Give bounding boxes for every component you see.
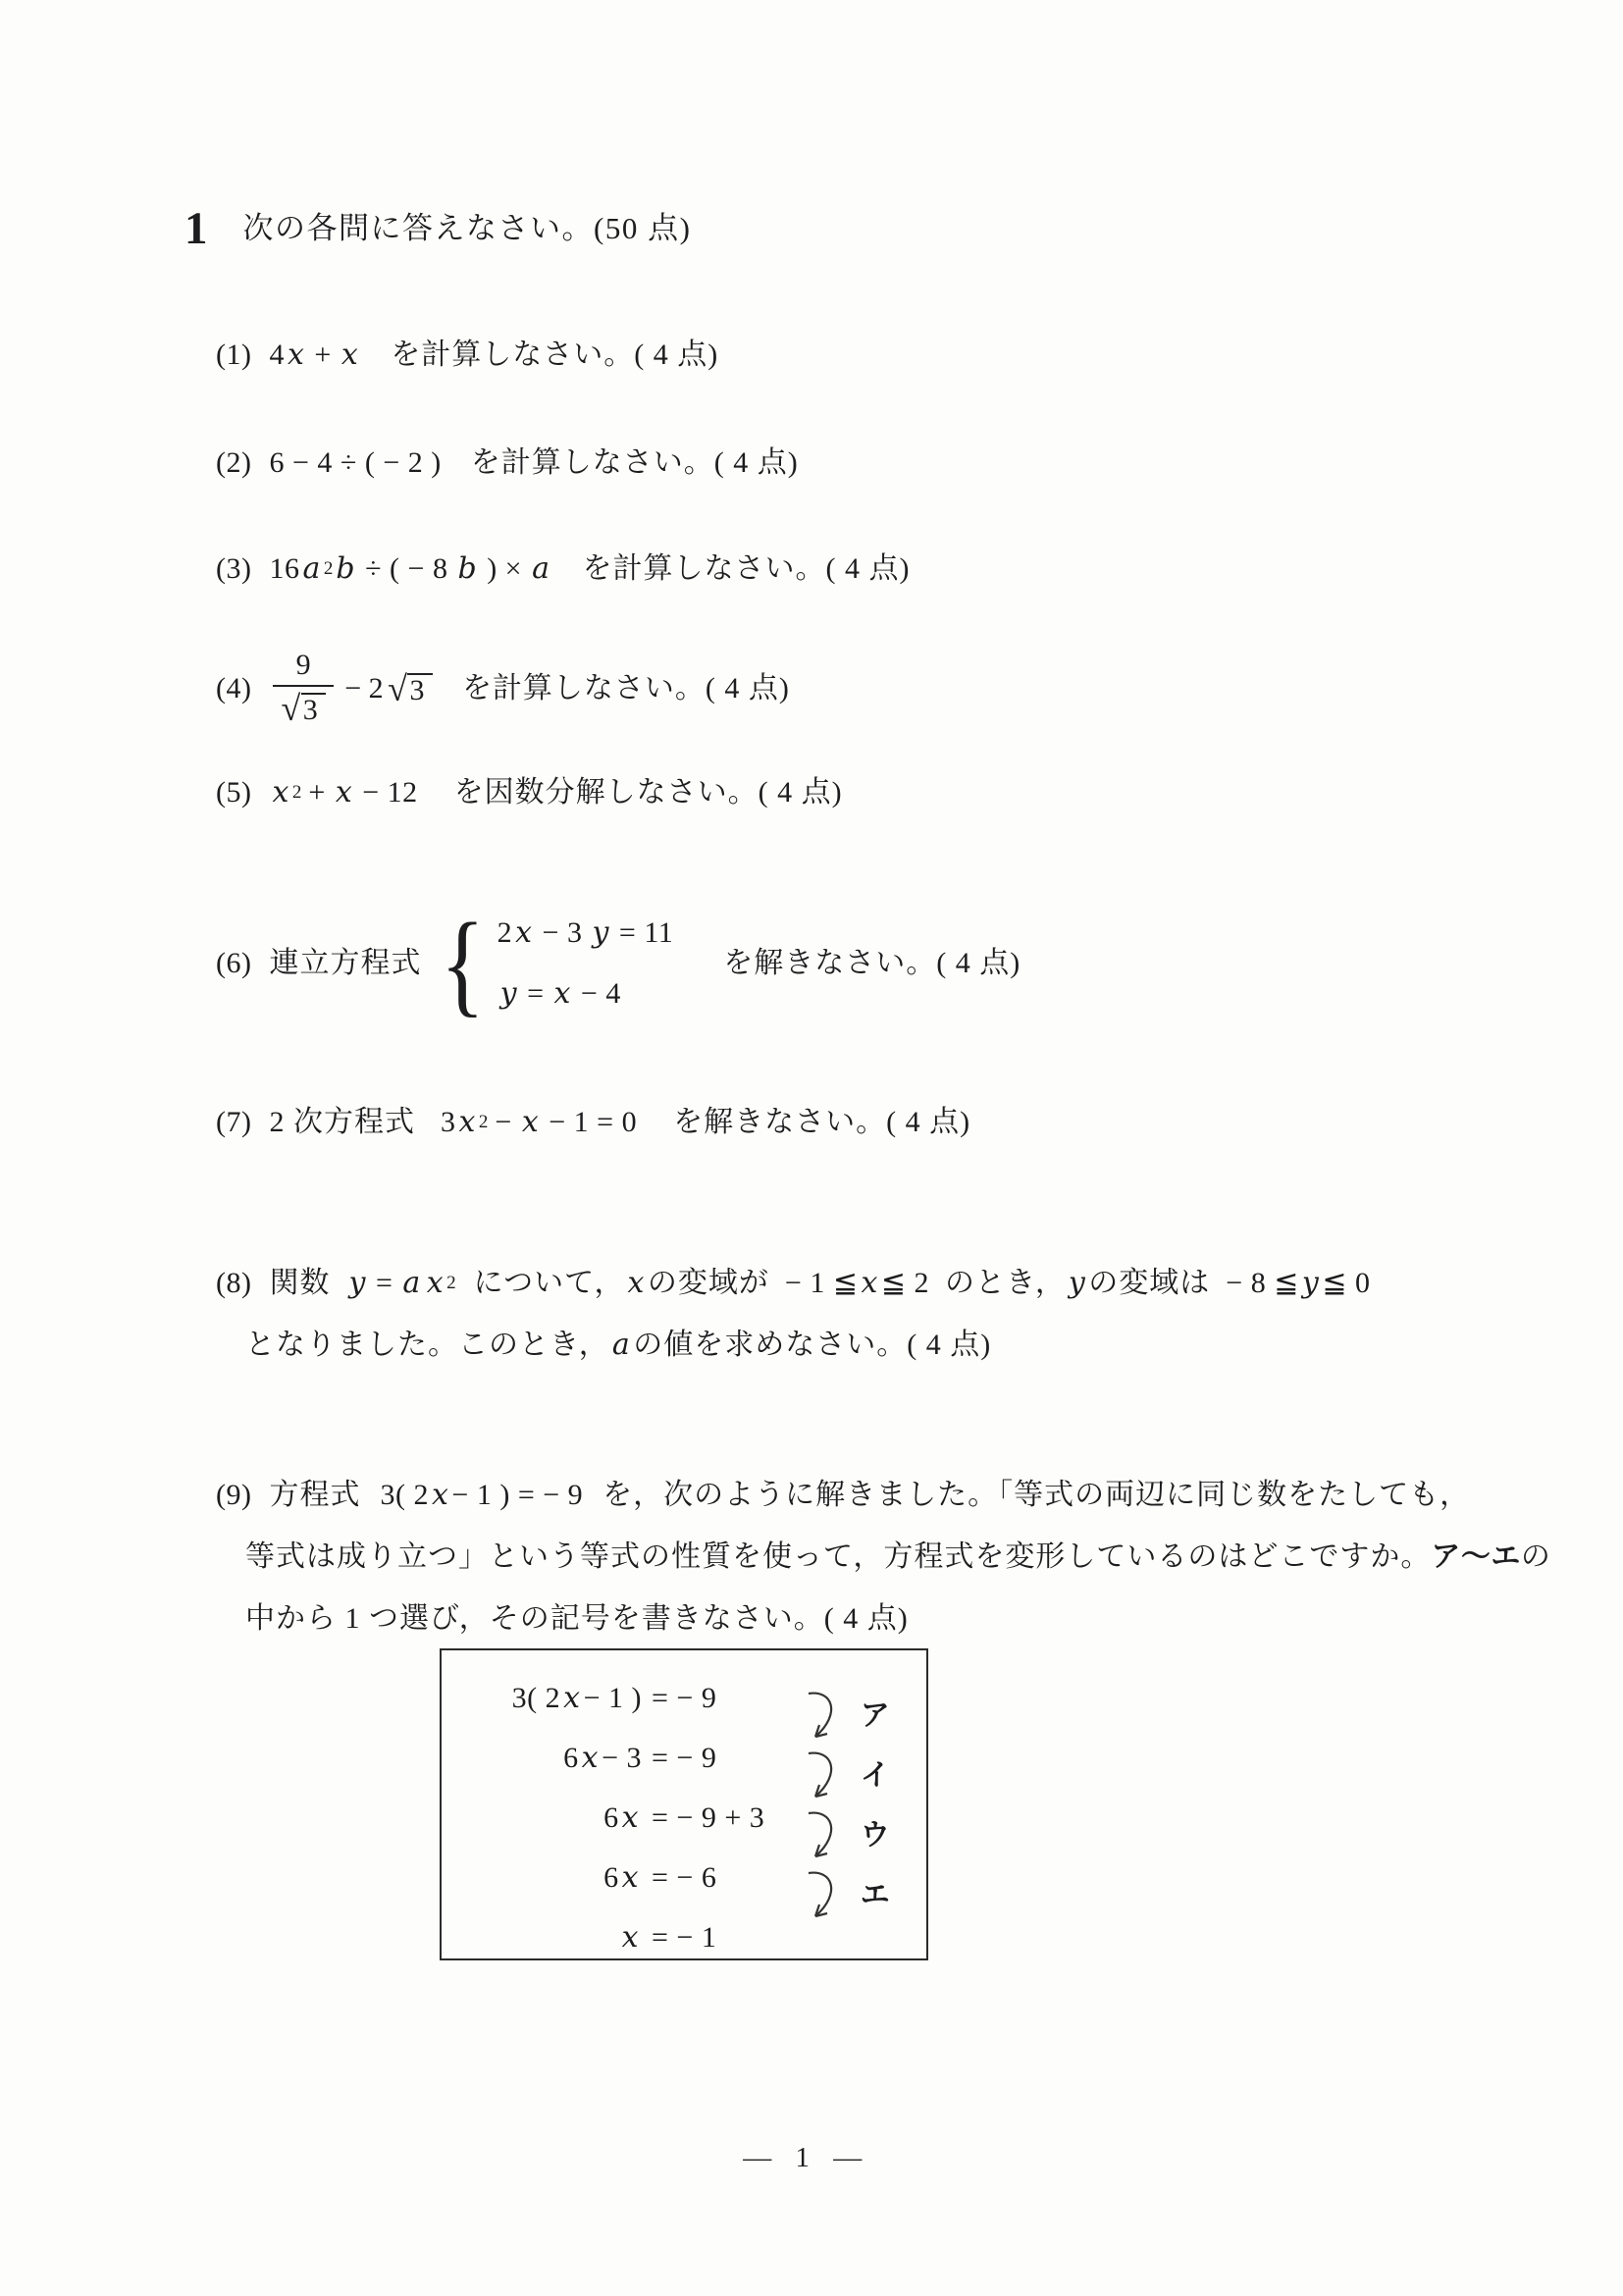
problem-3-number: (3) xyxy=(216,548,251,591)
problem-5-instruction: を因数分解しなさい。( 4 点) xyxy=(454,771,843,814)
text: の値を求めなさい。( 4 点) xyxy=(633,1324,991,1367)
minus-term: − 3 xyxy=(536,916,590,950)
variable-x: x xyxy=(285,334,307,377)
divide-group: ÷ ( − 8 xyxy=(358,548,454,591)
coefficient: 3 xyxy=(441,1101,456,1144)
variable-y: y xyxy=(345,1262,368,1305)
variable-x: x xyxy=(429,1474,451,1517)
problem-2-number: (2) xyxy=(216,442,251,485)
curve-arrow-icon xyxy=(803,1868,838,1923)
radicand: 3 xyxy=(301,693,327,724)
section-number: 1 xyxy=(184,204,208,253)
curve-arrow-icon xyxy=(803,1748,838,1803)
problem-1: (1) 4x+x を計算しなさい。( 4 点) xyxy=(216,334,718,377)
text: のとき， xyxy=(945,1262,1066,1305)
step-lhs: 3( 2x− 1 ) xyxy=(467,1681,642,1715)
times-group: ) × xyxy=(480,548,529,591)
arrow-label-e: エ xyxy=(854,1874,897,1917)
problem-8-number: (8) xyxy=(216,1262,251,1305)
problem-2: (2) 6 − 4 ÷ ( − 2 ) を計算しなさい。( 4 点) xyxy=(216,442,799,485)
problem-9-line-2: 等式は成り立つ」という等式の性質を使って，方程式を変形しているのはどこですか。ア… xyxy=(245,1536,1551,1579)
variable-x: x xyxy=(619,1920,642,1955)
variable-x: x xyxy=(619,1800,642,1835)
variable-y: y xyxy=(1299,1262,1322,1305)
variable-x: x xyxy=(269,771,291,814)
coefficient: 2 xyxy=(369,667,385,710)
inequality: ≦ 0 xyxy=(1322,1262,1370,1305)
text: の変域は xyxy=(1088,1262,1210,1305)
lhs-post: − 1 ) xyxy=(584,1682,642,1714)
variable-x: x xyxy=(619,1860,642,1895)
lhs-pre: 6 xyxy=(603,1861,619,1894)
plus-operator: + xyxy=(301,771,332,814)
variable-x: x xyxy=(560,1681,583,1715)
lhs-post: − 3 xyxy=(602,1742,642,1774)
text: について， xyxy=(474,1262,625,1305)
problem-1-number: (1) xyxy=(216,334,251,377)
equation-rest: − 1 = 0 xyxy=(542,1101,644,1144)
text: 中から 1 つ選び，その記号を書きなさい。( 4 点) xyxy=(245,1597,909,1641)
variable-x: x xyxy=(551,977,574,1011)
radical-sign: √ xyxy=(281,694,300,723)
exponent: 2 xyxy=(446,1262,456,1305)
problem-9-line-3: 中から 1 つ選び，その記号を書きなさい。( 4 点) xyxy=(245,1597,1551,1641)
problem-4-number: (4) xyxy=(216,667,251,710)
inequality: − 8 ≦ xyxy=(1226,1262,1299,1305)
problem-7-instruction: を解きなさい。( 4 点) xyxy=(673,1101,970,1144)
equals-operator: = xyxy=(369,1262,399,1305)
variable-x: x xyxy=(858,1262,880,1305)
section-title: 次の各問に答えなさい。(50 点) xyxy=(243,204,692,253)
equation-part: 3( 2 xyxy=(380,1474,429,1517)
curve-arrow-icon xyxy=(803,1689,838,1744)
step-lhs: 6x xyxy=(467,1860,642,1895)
system-equation-1: 2x− 3y= 11 xyxy=(497,916,681,950)
minus-term: − 4 xyxy=(574,977,628,1011)
problem-3-instruction: を計算しなさい。( 4 点) xyxy=(583,548,911,591)
problem-4: (4) 9 √3 − 2 √3 を計算しなさい。( 4 点) xyxy=(216,640,790,738)
coefficient: 16 xyxy=(269,548,299,591)
problem-8: (8) 関数 y=ax2 について， xの変域が − 1 ≦x≦ 2 のとき， … xyxy=(216,1262,1370,1367)
equals-operator: = xyxy=(520,977,550,1011)
problem-8-line-1: (8) 関数 y=ax2 について， xの変域が − 1 ≦x≦ 2 のとき， … xyxy=(216,1262,1370,1305)
minus-term: − 12 xyxy=(355,771,424,814)
curve-arrow-icon xyxy=(803,1808,838,1863)
variable-a: a xyxy=(609,1324,633,1367)
variable-x: x xyxy=(339,334,361,377)
equals-term: = 11 xyxy=(612,916,680,950)
variable-x: x xyxy=(579,1741,602,1775)
minus-operator: − xyxy=(338,667,368,710)
variable-x: x xyxy=(455,1101,478,1144)
problem-3: (3) 16a2b÷ ( − 8b) ×a を計算しなさい。( 4 点) xyxy=(216,548,910,591)
variable-x: x xyxy=(519,1101,542,1144)
variable-a: a xyxy=(299,548,323,591)
problem-9: (9) 方程式 3( 2x− 1 ) = − 9 を，次のように解きました。「等… xyxy=(216,1474,1551,1641)
sqrt-expression: √3 xyxy=(281,693,326,724)
variable-y: y xyxy=(1066,1262,1088,1305)
inequality: − 1 ≦ xyxy=(785,1262,859,1305)
lhs-pre: 6 xyxy=(603,1801,619,1834)
minus-operator: − xyxy=(488,1101,518,1144)
equation-system: 2x− 3y= 11 y=x− 4 xyxy=(497,916,681,1011)
variable-y: y xyxy=(497,977,520,1011)
text: の変域が xyxy=(648,1262,769,1305)
equation-steps-box: 3( 2x− 1 ) = − 9 6x− 3 = − 9 6x = − 9 + … xyxy=(440,1648,928,1960)
problem-2-instruction: を計算しなさい。( 4 点) xyxy=(471,442,799,485)
coefficient: 2 xyxy=(497,916,513,950)
coefficient: 4 xyxy=(269,334,285,377)
fraction-denominator: √3 xyxy=(273,685,334,727)
sqrt-expression: √3 xyxy=(388,673,433,704)
problem-4-instruction: を計算しなさい。( 4 点) xyxy=(462,667,790,710)
problem-1-instruction: を計算しなさい。( 4 点) xyxy=(391,334,718,377)
problem-8-line-2: となりました。このとき， a の値を求めなさい。( 4 点) xyxy=(245,1324,1370,1367)
problem-6-number: (6) xyxy=(216,942,251,985)
problem-9-line-1: (9) 方程式 3( 2x− 1 ) = − 9 を，次のように解きました。「等… xyxy=(216,1474,1551,1517)
problem-6-instruction: を解きなさい。( 4 点) xyxy=(723,942,1021,985)
problem-5: (5) x2+x− 12 を因数分解しなさい。( 4 点) xyxy=(216,771,843,814)
text: の xyxy=(1521,1536,1551,1579)
choice-range: ア〜エ xyxy=(1431,1536,1521,1579)
variable-b: b xyxy=(333,548,358,591)
page-number: — 1 — xyxy=(705,2142,901,2174)
arrow-label-i: イ xyxy=(854,1754,897,1798)
problem-9-number: (9) xyxy=(216,1474,251,1517)
step-rhs: = − 1 xyxy=(652,1921,926,1955)
expression: 6 − 4 ÷ ( − 2 ) xyxy=(269,442,441,485)
fraction: 9 √3 xyxy=(273,651,334,727)
variable-x: x xyxy=(624,1262,647,1305)
variable-a: a xyxy=(529,548,552,591)
text: となりました。このとき， xyxy=(245,1324,609,1367)
variable-b: b xyxy=(454,548,480,591)
variable-a: a xyxy=(399,1262,423,1305)
arrow-label-a: ア xyxy=(854,1695,897,1738)
exponent: 2 xyxy=(479,1101,489,1144)
problem-5-number: (5) xyxy=(216,771,251,814)
fraction-numerator: 9 xyxy=(279,651,330,685)
problem-6: (6) 連立方程式 { 2x− 3y= 11 y=x− 4 を解きなさい。( 4… xyxy=(216,895,1021,1032)
radical-sign: √ xyxy=(388,674,407,704)
lhs-pre: 3( 2 xyxy=(512,1682,561,1714)
exponent: 2 xyxy=(324,548,334,591)
equation-part: − 1 ) = − 9 xyxy=(451,1474,583,1517)
variable-x: x xyxy=(512,916,535,950)
step-lhs: 6x− 3 xyxy=(467,1741,642,1775)
problem-6-label: 連立方程式 xyxy=(269,942,421,985)
text: 方程式 xyxy=(269,1474,360,1517)
text: 関数 xyxy=(269,1262,330,1305)
plus-operator: + xyxy=(307,334,338,377)
text: 等式は成り立つ」という等式の性質を使って，方程式を変形しているのはどこですか。 xyxy=(245,1536,1431,1579)
system-brace: { xyxy=(441,910,486,1018)
lhs-pre: 6 xyxy=(563,1742,579,1774)
variable-y: y xyxy=(589,916,611,950)
arrow-label-u: ウ xyxy=(854,1814,897,1857)
exponent: 2 xyxy=(292,771,302,814)
inequality: ≦ 2 xyxy=(881,1262,929,1305)
exam-sheet: 1 次の各問に答えなさい。(50 点) (1) 4x+x を計算しなさい。( 4… xyxy=(0,0,1623,2296)
text: を，次のように解きました。「等式の両辺に同じ数をたしても， xyxy=(602,1474,1470,1517)
system-equation-2: y=x− 4 xyxy=(497,977,681,1011)
problem-7-number: (7) xyxy=(216,1101,251,1144)
section-header: 1 次の各問に答えなさい。(50 点) xyxy=(184,204,691,253)
step-lhs: x xyxy=(467,1920,642,1955)
variable-x: x xyxy=(424,1262,446,1305)
step-lhs: 6x xyxy=(467,1800,642,1835)
variable-x: x xyxy=(333,771,355,814)
problem-7-label: 2 次方程式 xyxy=(269,1101,415,1144)
problem-7: (7) 2 次方程式 3x2−x− 1 = 0 を解きなさい。( 4 点) xyxy=(216,1101,970,1144)
radicand: 3 xyxy=(407,673,433,704)
